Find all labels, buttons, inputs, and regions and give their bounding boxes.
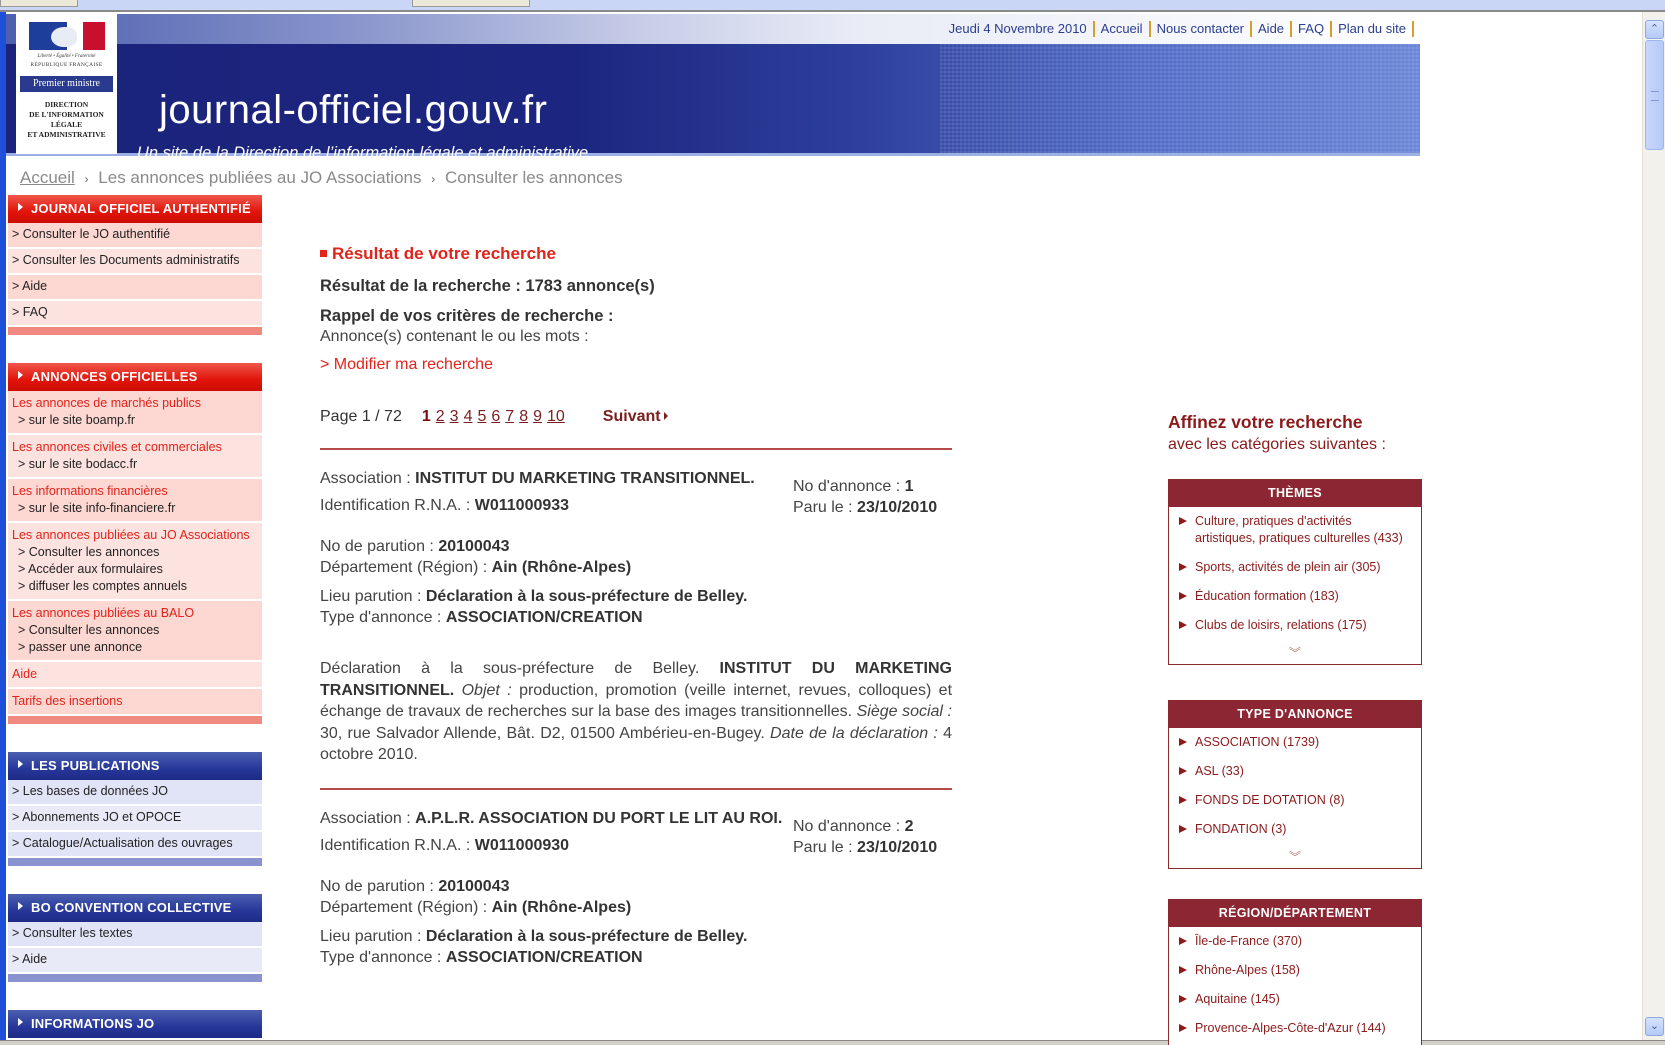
sidebar-sub-link[interactable]: > Accéder aux formulaires — [12, 561, 258, 578]
type-label: Type d'annonce : — [320, 949, 441, 966]
page-link[interactable]: 8 — [519, 408, 528, 426]
annonce-no-label: No d'annonce : — [793, 818, 900, 835]
sidebar-heading-label: ANNONCES OFFICIELLES — [31, 369, 198, 384]
scroll-thumb[interactable] — [1645, 40, 1664, 150]
main-content: Résultat de votre recherche Résultat de … — [320, 240, 952, 968]
sidebar-heading-label: BO CONVENTION COLLECTIVE — [31, 900, 232, 915]
category-item[interactable]: ASL (33) — [1177, 763, 1413, 780]
divider — [320, 448, 952, 450]
sidebar-section-footer — [8, 858, 262, 866]
sidebar-group-financieres: Les informations financières > sur le si… — [8, 479, 262, 523]
parution-label: No de parution : — [320, 878, 434, 895]
sidebar-group-jo-associations: Les annonces publiées au JO Associations… — [8, 523, 262, 601]
sidebar-heading-label: LES PUBLICATIONS — [31, 758, 160, 773]
banner: journal-officiel.gouv.fr Un site de la D… — [6, 44, 1420, 156]
triangle-right-icon — [18, 203, 23, 211]
triangle-right-icon — [18, 1018, 23, 1026]
siege-label: Siège social : — [857, 703, 952, 720]
modify-search-link[interactable]: > Modifier ma recherche — [320, 356, 952, 374]
sidebar-heading-journal[interactable]: JOURNAL OFFICIEL AUTHENTIFIÉ — [8, 195, 262, 223]
scroll-up-icon[interactable]: ⌃ — [1645, 20, 1664, 39]
divider — [320, 788, 952, 790]
sidebar-item[interactable]: > Les bases de données JO — [8, 780, 262, 806]
arrow-right-icon — [1179, 738, 1187, 746]
category-item[interactable]: Culture, pratiques d'activités artistiqu… — [1177, 513, 1413, 547]
sidebar-sub-link[interactable]: > diffuser les comptes annuels — [12, 578, 258, 595]
top-link-faq[interactable]: FAQ — [1292, 21, 1332, 37]
browser-toolbar — [0, 0, 1665, 12]
category-label: FONDATION (3) — [1195, 822, 1286, 836]
category-item[interactable]: Île-de-France (370) — [1177, 933, 1413, 950]
sidebar-item[interactable]: > Consulter les Documents administratifs — [8, 249, 262, 275]
arrow-right-icon — [1179, 937, 1187, 945]
sidebar-sub-link[interactable]: > Consulter les annonces — [12, 622, 258, 639]
logo-republic: RÉPUBLIQUE FRANÇAISE — [16, 62, 117, 68]
type-value: ASSOCIATION/CREATION — [446, 609, 643, 626]
logo-direction-line: DE L'INFORMATION — [16, 110, 117, 120]
parution-value: 20100043 — [438, 878, 509, 895]
top-link-contact[interactable]: Nous contacter — [1151, 21, 1252, 37]
lieu-value: Déclaration à la sous-préfecture de Bell… — [426, 928, 748, 945]
category-label: ASL (33) — [1195, 764, 1244, 778]
sidebar-item[interactable]: > FAQ — [8, 301, 262, 327]
dept-label: Département (Région) : — [320, 559, 487, 576]
category-label: FONDS DE DOTATION (8) — [1195, 793, 1345, 807]
category-item[interactable]: Aquitaine (145) — [1177, 991, 1413, 1008]
arrow-right-icon — [1179, 592, 1187, 600]
logo-direction-line: ET ADMINISTRATIVE — [16, 130, 117, 140]
result-count: Résultat de la recherche : 1783 annonce(… — [320, 277, 952, 296]
rna-value: W011000930 — [475, 837, 569, 854]
arrow-right-icon — [1179, 966, 1187, 974]
page-link[interactable]: 4 — [464, 408, 473, 426]
annonce-association: Association : INSTITUT DU MARKETING TRAN… — [320, 468, 790, 489]
date-label: Date de la déclaration : — [770, 725, 938, 742]
lieu-label: Lieu parution : — [320, 928, 421, 945]
category-item[interactable]: Provence-Alpes-Côte-d'Azur (144) — [1177, 1020, 1413, 1037]
dept-value: Ain (Rhône-Alpes) — [492, 899, 632, 916]
top-links: Jeudi 4 Novembre 2010 Accueil Nous conta… — [943, 21, 1414, 37]
category-item[interactable]: FONDATION (3) — [1177, 821, 1413, 838]
category-label: Île-de-France (370) — [1195, 934, 1302, 948]
arrow-right-icon — [1179, 621, 1187, 629]
sidebar-heading-label: INFORMATIONS JO — [31, 1016, 154, 1031]
sidebar-group-tarifs: Tarifs des insertions — [8, 689, 262, 716]
sidebar-group-title[interactable]: Les annonces de marchés publics — [12, 395, 258, 412]
sidebar-group-civiles: Les annonces civiles et commerciales > s… — [8, 435, 262, 479]
sidebar-item[interactable]: > Consulter le JO authentifié — [8, 223, 262, 249]
sidebar-item[interactable]: > Catalogue/Actualisation des ouvrages — [8, 832, 262, 858]
sidebar-sub-link[interactable]: > sur le site bodacc.fr — [12, 456, 258, 473]
category-item[interactable]: FONDS DE DOTATION (8) — [1177, 792, 1413, 809]
pagination: Page 1 / 72 1 2 3 4 5 6 7 8 9 10 Suivant — [320, 408, 952, 426]
next-label: Suivant — [603, 408, 661, 425]
sidebar-section-infos: INFORMATIONS JO — [8, 1010, 262, 1038]
browser-tab[interactable] — [0, 0, 78, 7]
sidebar-group-aide: Aide — [8, 662, 262, 689]
page-indicator: Page 1 / 72 — [320, 408, 402, 426]
arrow-right-icon — [1179, 517, 1187, 525]
category-label: Aquitaine (145) — [1195, 992, 1280, 1006]
top-link-aide[interactable]: Aide — [1252, 21, 1292, 37]
body-intro: Déclaration à la sous-préfecture de Bell… — [320, 660, 699, 677]
paru-label: Paru le : — [793, 839, 853, 856]
category-label: Rhône-Alpes (158) — [1195, 963, 1300, 977]
sidebar-section-footer — [8, 327, 262, 335]
sidebar-group-title[interactable]: Les annonces publiées au BALO — [12, 605, 258, 622]
annonce-association: Association : A.P.L.R. ASSOCIATION DU PO… — [320, 808, 790, 829]
annonce-meta: No d'annonce : 1 Paru le : 23/10/2010 — [793, 476, 937, 518]
breadcrumb-item-current: Consulter les annonces — [445, 168, 623, 187]
sidebar-section-bo: BO CONVENTION COLLECTIVE > Consulter les… — [8, 894, 262, 982]
dept-value: Ain (Rhône-Alpes) — [492, 559, 632, 576]
arrow-right-icon — [1179, 796, 1187, 804]
chevron-double-down-icon[interactable]: ︾ — [1169, 646, 1421, 664]
category-label: Provence-Alpes-Côte-d'Azur (144) — [1195, 1021, 1386, 1035]
criteria-title: Rappel de vos critères de recherche : — [320, 307, 952, 326]
parution-row: No de parution : 20100043 — [320, 876, 952, 897]
category-item[interactable]: Éducation formation (183) — [1177, 588, 1413, 605]
triangle-right-icon — [18, 371, 23, 379]
sidebar-group-title[interactable]: Les annonces civiles et commerciales — [12, 439, 258, 456]
page-link[interactable]: 6 — [491, 408, 500, 426]
section-title-text: Résultat de votre recherche — [332, 244, 556, 263]
criteria-text: Annonce(s) contenant le ou les mots : — [320, 328, 952, 346]
annonce-no-value: 2 — [905, 818, 914, 835]
sidebar-section-footer — [8, 716, 262, 724]
annonce-item: Association : INSTITUT DU MARKETING TRAN… — [320, 468, 952, 766]
category-box-region: RÉGION/DÉPARTEMENT Île-de-France (370) R… — [1168, 899, 1422, 1045]
dept-row: Département (Région) : Ain (Rhône-Alpes) — [320, 557, 952, 578]
refine-panel: Affinez votre recherche avec les catégor… — [1168, 412, 1422, 454]
refine-title: Affinez votre recherche — [1168, 412, 1422, 433]
arrow-right-icon — [1179, 767, 1187, 775]
arrow-right-icon — [1179, 995, 1187, 1003]
page-link[interactable]: 5 — [477, 408, 486, 426]
category-item[interactable]: Clubs de loisirs, relations (175) — [1177, 617, 1413, 634]
dept-row: Département (Région) : Ain (Rhône-Alpes) — [320, 897, 952, 918]
logo-direction: DIRECTION DE L'INFORMATION LÉGALE ET ADM… — [16, 100, 117, 140]
scroll-down-icon[interactable]: ⌄ — [1645, 1017, 1664, 1036]
breadcrumb-separator: › — [85, 172, 89, 186]
type-row: Type d'annonce : ASSOCIATION/CREATION — [320, 947, 952, 968]
logo-direction-line: DIRECTION — [16, 100, 117, 110]
sidebar-group-title[interactable]: Tarifs des insertions — [12, 693, 258, 710]
marianne-flag-icon — [29, 22, 105, 50]
refine-subtitle: avec les catégories suivantes : — [1168, 436, 1422, 454]
logo-motto: Liberté • Égalité • Fraternité — [16, 54, 117, 59]
breadcrumb-separator: › — [431, 172, 435, 186]
top-link-plan[interactable]: Plan du site — [1332, 21, 1414, 37]
lieu-row: Lieu parution : Déclaration à la sous-pr… — [320, 926, 952, 947]
lieu-value: Déclaration à la sous-préfecture de Bell… — [426, 588, 748, 605]
paru-value: 23/10/2010 — [857, 839, 937, 856]
sidebar-sub-link[interactable]: > passer une annonce — [12, 639, 258, 656]
assoc-label: Association : — [320, 470, 411, 487]
sidebar-group-title[interactable]: Aide — [12, 666, 258, 683]
parution-row: No de parution : 20100043 — [320, 536, 952, 557]
triangle-right-icon — [18, 902, 23, 910]
category-item[interactable]: ASSOCIATION (1739) — [1177, 734, 1413, 751]
category-label: Éducation formation (183) — [1195, 589, 1339, 603]
vertical-scrollbar[interactable]: ⌃ ⌄ — [1642, 12, 1665, 1040]
sidebar-group-marches: Les annonces de marchés publics > sur le… — [8, 391, 262, 435]
page-current: 1 — [422, 408, 431, 426]
bullet-square-icon — [320, 250, 327, 257]
dept-label: Département (Région) : — [320, 899, 487, 916]
assoc-label: Association : — [320, 810, 411, 827]
sidebar-sub-link[interactable]: > sur le site info-financiere.fr — [12, 500, 258, 517]
paru-value: 23/10/2010 — [857, 499, 937, 516]
type-value: ASSOCIATION/CREATION — [446, 949, 643, 966]
sidebar-group-title[interactable]: Les informations financières — [12, 483, 258, 500]
chevron-double-down-icon[interactable]: ︾ — [1169, 850, 1421, 868]
section-title: Résultat de votre recherche — [320, 244, 952, 264]
triangle-right-icon — [664, 412, 668, 420]
browser-tab[interactable] — [412, 0, 530, 7]
assoc-name: A.P.L.R. ASSOCIATION DU PORT LE LIT AU R… — [415, 810, 782, 827]
triangle-right-icon — [18, 760, 23, 768]
arrow-right-icon — [1179, 825, 1187, 833]
sidebar-section-journal: JOURNAL OFFICIEL AUTHENTIFIÉ > Consulter… — [8, 195, 262, 335]
sidebar-item[interactable]: > Aide — [8, 275, 262, 301]
page-link[interactable]: 9 — [533, 408, 542, 426]
top-links-bar: Jeudi 4 Novembre 2010 Accueil Nous conta… — [6, 14, 1420, 44]
category-item[interactable]: Sports, activités de plein air (305) — [1177, 559, 1413, 576]
page-link[interactable]: 2 — [436, 408, 445, 426]
arrow-right-icon — [1179, 1024, 1187, 1032]
annonce-no-value: 1 — [905, 478, 914, 495]
site-title[interactable]: journal-officiel.gouv.fr — [159, 88, 547, 133]
current-date: Jeudi 4 Novembre 2010 — [943, 21, 1095, 37]
lieu-label: Lieu parution : — [320, 588, 421, 605]
siege-text: 30, rue Salvador Allende, Bât. D2, 01500… — [320, 725, 765, 742]
rna-label: Identification R.N.A. : — [320, 837, 470, 854]
logo-direction-line: LÉGALE — [16, 120, 117, 130]
category-heading: THÈMES — [1169, 480, 1421, 507]
type-row: Type d'annonce : ASSOCIATION/CREATION — [320, 607, 952, 628]
annonce-no-label: No d'annonce : — [793, 478, 900, 495]
category-box-type: TYPE D'ANNONCE ASSOCIATION (1739) ASL (3… — [1168, 700, 1422, 869]
sidebar-section-footer — [8, 974, 262, 982]
sidebar-section-publications: LES PUBLICATIONS > Les bases de données … — [8, 752, 262, 866]
sidebar-sub-link[interactable]: > sur le site boamp.fr — [12, 412, 258, 429]
rna-label: Identification R.N.A. : — [320, 497, 470, 514]
annonce-body: Déclaration à la sous-préfecture de Bell… — [320, 658, 952, 766]
objet-label: Objet : — [462, 682, 512, 699]
category-label: Sports, activités de plein air (305) — [1195, 560, 1381, 574]
sidebar-group-balo: Les annonces publiées au BALO > Consulte… — [8, 601, 262, 662]
arrow-right-icon — [1179, 563, 1187, 571]
left-sidebar: JOURNAL OFFICIEL AUTHENTIFIÉ > Consulter… — [8, 195, 262, 1038]
sidebar-heading-infos[interactable]: INFORMATIONS JO — [8, 1010, 262, 1038]
breadcrumb: Accueil › Les annonces publiées au JO As… — [20, 168, 623, 188]
type-label: Type d'annonce : — [320, 609, 441, 626]
sidebar-item[interactable]: > Consulter les textes — [8, 922, 262, 948]
top-link-accueil[interactable]: Accueil — [1095, 21, 1151, 37]
category-heading: RÉGION/DÉPARTEMENT — [1169, 900, 1421, 927]
page-link[interactable]: 3 — [450, 408, 459, 426]
sidebar-heading-bo[interactable]: BO CONVENTION COLLECTIVE — [8, 894, 262, 922]
lieu-row: Lieu parution : Déclaration à la sous-pr… — [320, 586, 952, 607]
category-box-themes: THÈMES Culture, pratiques d'activités ar… — [1168, 479, 1422, 665]
rna-value: W011000933 — [475, 497, 569, 514]
category-label: ASSOCIATION (1739) — [1195, 735, 1319, 749]
assoc-name: INSTITUT DU MARKETING TRANSITIONNEL. — [415, 470, 755, 487]
sidebar-heading-annonces[interactable]: ANNONCES OFFICIELLES — [8, 363, 262, 391]
sidebar-heading-publications[interactable]: LES PUBLICATIONS — [8, 752, 262, 780]
page-link[interactable]: 10 — [547, 408, 565, 426]
annonce-meta: No d'annonce : 2 Paru le : 23/10/2010 — [793, 816, 937, 858]
page-link[interactable]: 7 — [505, 408, 514, 426]
sidebar-item[interactable]: > Aide — [8, 948, 262, 974]
category-label: Clubs de loisirs, relations (175) — [1195, 618, 1367, 632]
annonce-item: Association : A.P.L.R. ASSOCIATION DU PO… — [320, 808, 952, 968]
breadcrumb-home[interactable]: Accueil — [20, 168, 75, 187]
government-logo[interactable]: Liberté • Égalité • Fraternité RÉPUBLIQU… — [16, 14, 117, 154]
next-page-link[interactable]: Suivant — [603, 408, 668, 426]
breadcrumb-item[interactable]: Les annonces publiées au JO Associations — [98, 168, 421, 187]
sidebar-heading-label: JOURNAL OFFICIEL AUTHENTIFIÉ — [31, 201, 251, 216]
category-item[interactable]: Rhône-Alpes (158) — [1177, 962, 1413, 979]
parution-label: No de parution : — [320, 538, 434, 555]
category-label: Culture, pratiques d'activités artistiqu… — [1195, 514, 1403, 545]
site-header: Jeudi 4 Novembre 2010 Accueil Nous conta… — [6, 12, 1420, 157]
paru-label: Paru le : — [793, 499, 853, 516]
category-heading: TYPE D'ANNONCE — [1169, 701, 1421, 728]
logo-ministry: Premier ministre — [20, 76, 113, 92]
window-frame — [0, 12, 6, 1045]
sidebar-group-title[interactable]: Les annonces publiées au JO Associations — [12, 527, 258, 544]
parution-value: 20100043 — [438, 538, 509, 555]
site-subtitle: Un site de la Direction de l’information… — [137, 144, 588, 163]
sidebar-item[interactable]: > Abonnements JO et OPOCE — [8, 806, 262, 832]
sidebar-sub-link[interactable]: > Consulter les annonces — [12, 544, 258, 561]
sidebar-section-annonces: ANNONCES OFFICIELLES Les annonces de mar… — [8, 363, 262, 724]
